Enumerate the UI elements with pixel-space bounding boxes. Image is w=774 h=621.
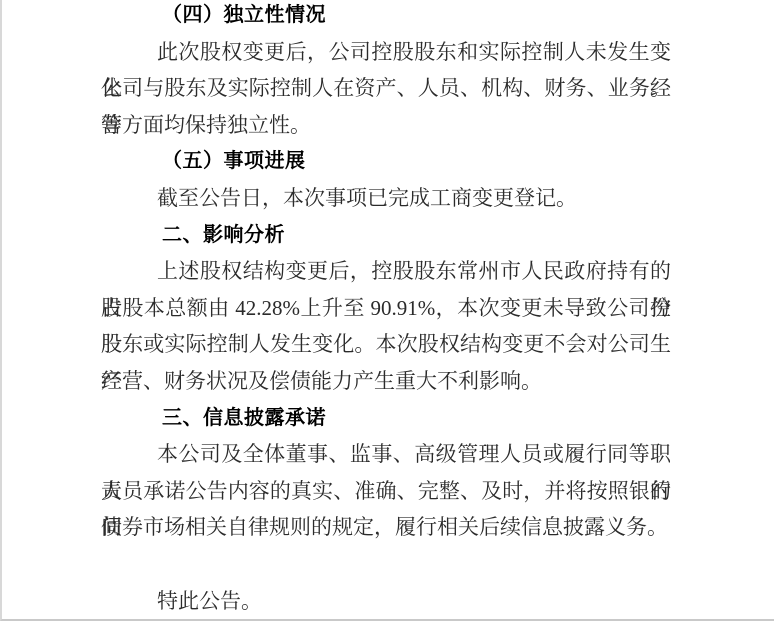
paragraph-line: 截至公告日，本次事项已完成工商变更登记。 bbox=[101, 180, 671, 217]
paragraph-line: 等方面均保持独立性。 bbox=[101, 107, 671, 144]
paragraph-line: 占股本总额由 42.28%上升至 90.91%，本次变更未导致公司控股 bbox=[101, 290, 671, 327]
paragraph-line: 债券市场相关自律规则的规定，履行相关后续信息披露义务。 bbox=[101, 509, 671, 546]
document-text-block: （四）独立性情况此次股权变更后，公司控股股东和实际控制人未发生变化。公司与股东及… bbox=[101, 0, 671, 619]
paragraph-line: 人员承诺公告内容的真实、准确、完整、及时，并将按照银行间 bbox=[101, 473, 671, 510]
document-page: （四）独立性情况此次股权变更后，公司控股股东和实际控制人未发生变化。公司与股东及… bbox=[0, 0, 774, 621]
blank-line bbox=[101, 546, 671, 583]
paragraph-line: 经营、财务状况及偿债能力产生重大不利影响。 bbox=[101, 363, 671, 400]
paragraph-line: 股东或实际控制人发生变化。本次股权结构变更不会对公司生产 bbox=[101, 326, 671, 363]
section-heading: 二、影响分析 bbox=[101, 217, 671, 254]
paragraph-line: 此次股权变更后，公司控股股东和实际控制人未发生变化。 bbox=[101, 34, 671, 71]
section-heading: 三、信息披露承诺 bbox=[101, 400, 671, 437]
paragraph-line: 特此公告。 bbox=[101, 583, 671, 620]
paragraph-line: 本公司及全体董事、监事、高级管理人员或履行同等职责的 bbox=[101, 436, 671, 473]
paragraph-line: 上述股权结构变更后，控股股东常州市人民政府持有的股份 bbox=[101, 253, 671, 290]
section-heading: （五）事项进展 bbox=[101, 143, 671, 180]
paragraph-line: 公司与股东及实际控制人在资产、人员、机构、财务、业务经营 bbox=[101, 70, 671, 107]
section-heading: （四）独立性情况 bbox=[101, 0, 671, 34]
